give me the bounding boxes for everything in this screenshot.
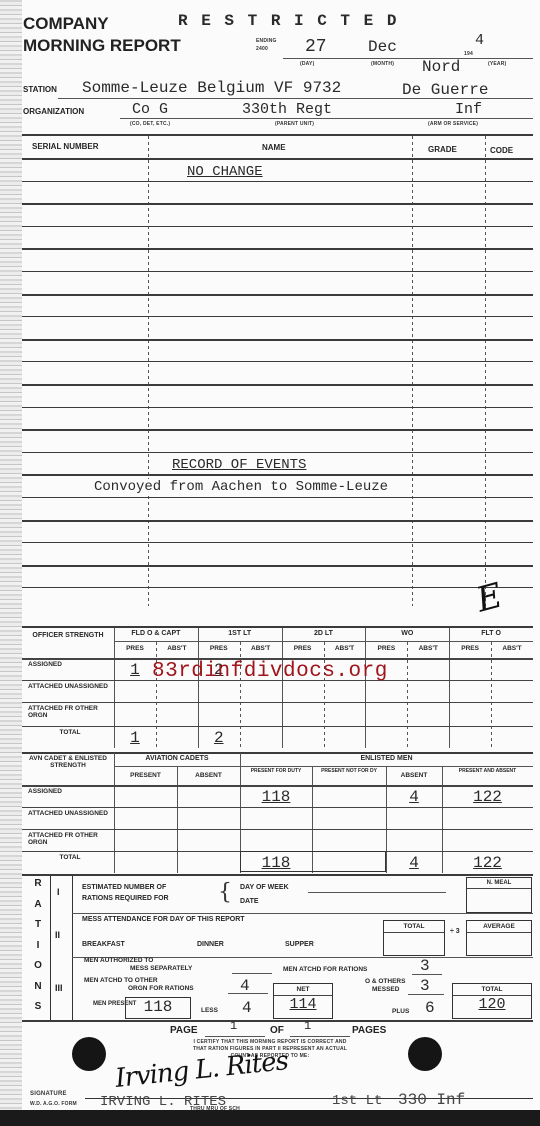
roster-divider-code: [485, 136, 486, 606]
roster-row-line: [22, 158, 533, 160]
form-label: W.D. A.G.O. FORM: [30, 1101, 77, 1107]
divide-by-three: ÷ 3: [450, 928, 460, 935]
roster-row-line: [22, 203, 533, 205]
nord-text: Nord: [422, 58, 460, 76]
officer-group-header: FLT O: [449, 630, 533, 637]
enlisted-row-label: TOTAL: [28, 854, 112, 861]
date-label: DATE: [240, 898, 259, 905]
roster-row-line: [22, 474, 533, 476]
report-month: Dec: [368, 38, 397, 56]
enlisted-strength-table: AVN CADET & ENLISTED STRENGTHAVIATION CA…: [22, 753, 533, 873]
officer-unit: 330 Inf: [398, 1091, 465, 1109]
station-value: Somme-Leuze Belgium VF 9732: [82, 79, 341, 97]
roster-row-line: [22, 565, 533, 567]
enlisted-subcol-header: PRESENT NOT FOR DY: [312, 768, 386, 774]
officer-row-rule: [22, 702, 533, 703]
officer-subcol-header: PRES: [282, 645, 324, 652]
ending-time-label: 2400: [256, 46, 268, 52]
officer-rank: 1st Lt: [332, 1093, 382, 1109]
brace: {: [218, 880, 232, 905]
org-arm: Inf: [455, 101, 482, 118]
roster-row-line: [22, 226, 533, 227]
roster-row-line: [22, 497, 533, 498]
officer-subcol-header: ABS'T: [156, 645, 198, 652]
dinner-label: DINNER: [197, 941, 224, 948]
officer-row-label: ATTACHED UNASSIGNED: [28, 683, 112, 690]
section-iii-numeral: III: [55, 983, 63, 993]
org-unit: Co G: [132, 101, 168, 118]
record-of-events-text: Convoyed from Aachen to Somme-Leuze: [92, 479, 390, 495]
roster-row-line: [22, 316, 533, 317]
rations-side-letter: A: [30, 899, 46, 920]
page-num-field: [205, 1036, 265, 1037]
atchd-rations-value: 3: [420, 957, 430, 975]
ending-label: ENDING: [256, 38, 277, 44]
net-value: 114: [274, 996, 332, 1013]
enlisted-subcol-header: PRESENT AND ABSENT: [442, 768, 533, 774]
enlisted-cell-value: 122: [442, 788, 533, 806]
day-caption: (DAY): [300, 61, 314, 67]
day-of-week-field[interactable]: [308, 892, 446, 893]
men-present-box: 118: [125, 997, 191, 1019]
o-others-label-2: MESSED: [372, 986, 399, 993]
roster-row-line: [22, 452, 533, 453]
rations-total-value: 120: [453, 996, 531, 1013]
officer-group-header: FLD O & CAPT: [114, 630, 198, 637]
station-suffix: De Guerre: [402, 81, 488, 99]
organization-label: ORGANIZATION: [23, 107, 84, 116]
officer-cell-value: 1: [114, 729, 156, 747]
signature-label: SIGNATURE: [30, 1091, 67, 1097]
month-caption: (MONTH): [371, 61, 394, 67]
section-i-text2: RATIONS REQUIRED FOR: [82, 895, 169, 902]
punch-hole-right: [408, 1037, 442, 1071]
report-year: 4: [475, 32, 484, 49]
page-label: PAGE: [170, 1025, 198, 1036]
average-box: AVERAGE: [466, 920, 532, 956]
auth-field: [232, 973, 272, 974]
officer-subcol-header: PRES: [198, 645, 240, 652]
roster-divider-grade: [412, 136, 413, 606]
rations-side-divider: [50, 876, 51, 1020]
enlisted-cell-value: 4: [386, 854, 442, 872]
officer-row-rule: [22, 726, 533, 727]
enlisted-row-rule: [22, 829, 533, 830]
year-prefix: 194: [464, 51, 473, 57]
rations-side-letter: S: [30, 1001, 46, 1022]
officer-subcol-header: PRES: [114, 645, 156, 652]
scan-bottom-edge: [0, 1110, 540, 1126]
meal-box: N. MEAL: [466, 877, 532, 913]
rations-bottom-rule: [22, 1020, 533, 1022]
rations-side-letter: N: [30, 981, 46, 1002]
less-value: 4: [242, 999, 252, 1017]
officer-group-header: 1ST LT: [198, 630, 282, 637]
roster-divider-serial: [148, 136, 149, 606]
roster-row-line: [22, 407, 533, 408]
section-i-numeral: I: [57, 887, 60, 897]
year-caption: (YEAR): [488, 61, 506, 67]
mess-total-label: TOTAL: [384, 921, 444, 933]
enlisted-cell-value: 122: [442, 854, 533, 872]
enlisted-row-label: ATTACHED UNASSIGNED: [28, 810, 112, 817]
org-caption-parent: (PARENT UNIT): [275, 121, 314, 127]
officer-subcol-header: PRES: [449, 645, 491, 652]
roster-row-line: [22, 542, 533, 543]
rations-top-rule: [22, 874, 533, 876]
average-label: AVERAGE: [467, 921, 531, 933]
form-title-line1: COMPANY: [23, 14, 109, 34]
o-others-label-1: O & OTHERS: [365, 978, 405, 985]
page-num: 1: [230, 1019, 237, 1033]
officer-subcol-header: ABS'T: [407, 645, 449, 652]
roster-top-rule: [22, 134, 533, 136]
men-present-value: 118: [126, 998, 190, 1017]
page-total-field: [290, 1036, 350, 1037]
rations-side-label: RATIONS: [30, 878, 46, 1022]
roster-row-line: [22, 248, 533, 250]
atchd-rations-label: MEN ATCHD FOR RATIONS: [283, 966, 367, 973]
enlisted-subcol-header: ABSENT: [386, 772, 442, 779]
of-label: OF: [270, 1025, 284, 1036]
enlisted-col-divider: [114, 753, 115, 873]
section-i-text1: ESTIMATED NUMBER OF: [82, 884, 166, 891]
officer-subcol-header: ABS'T: [491, 645, 533, 652]
enlisted-subcol-header: ABSENT: [177, 772, 240, 779]
organization-underline: [120, 118, 533, 119]
other-orgn-value: 4: [240, 977, 250, 995]
report-day: 27: [305, 37, 327, 57]
enlisted-total-highlight: [240, 851, 386, 872]
officer-row-label: ATTACHED FR OTHER ORGN: [28, 705, 112, 719]
officer-subcol-header: ABS'T: [324, 645, 366, 652]
officer-group-header: 2D LT: [282, 630, 366, 637]
date-underline: [283, 58, 533, 59]
enlisted-col-divider: [177, 767, 178, 873]
enlisted-cell-value: 118: [240, 788, 312, 806]
enlisted-row-rule: [22, 785, 533, 787]
enlisted-row-label: ATTACHED FR OTHER ORGN: [28, 832, 112, 846]
breakfast-label: BREAKFAST: [82, 941, 125, 948]
enlisted-subcol-header: PRESENT FOR DUTY: [240, 768, 312, 774]
officer-cell-value: 2: [198, 729, 240, 747]
enlisted-row-rule: [22, 807, 533, 808]
pages-label: PAGES: [352, 1025, 386, 1036]
enlisted-men-header: ENLISTED MEN: [240, 755, 533, 762]
org-caption-unit: (CO, DET, ETC.): [130, 121, 170, 127]
roster-row-line: [22, 587, 533, 588]
o-others-value: 3: [420, 977, 430, 995]
rations-total-label: TOTAL: [453, 984, 531, 996]
mess-attendance-heading: MESS ATTENDANCE FOR DAY OF THIS REPORT: [82, 916, 245, 923]
enlisted-row-label: ASSIGNED: [28, 788, 112, 795]
restricted-stamp: R E S T R I C T E D: [178, 12, 398, 30]
roster-no-change: NO CHANGE: [187, 164, 263, 180]
rations-numeral-divider: [72, 876, 73, 1020]
rations-total-box: TOTAL 120: [452, 983, 532, 1019]
net-label: NET: [274, 984, 332, 996]
other-orgn-label-2: ORGN FOR RATIONS: [128, 985, 194, 992]
auth-label-1: MEN AUTHORIZED TO: [84, 957, 153, 964]
plus-value: 6: [425, 999, 435, 1017]
roster-row-line: [22, 384, 533, 386]
col-grade: GRADE: [428, 145, 457, 154]
officer-strength-label: OFFICER STRENGTH: [26, 632, 110, 639]
roster-row-line: [22, 520, 533, 522]
scan-edge: [0, 0, 22, 1126]
other-orgn-label-1: MEN ATCHD TO OTHER: [84, 977, 158, 984]
roster-row-line: [22, 271, 533, 272]
rations-side-letter: R: [30, 878, 46, 899]
section-i-bottom: [72, 913, 533, 914]
station-label: STATION: [23, 85, 57, 94]
officer-cell-value: 1: [114, 661, 156, 679]
col-name: NAME: [262, 143, 286, 152]
rations-side-letter: O: [30, 960, 46, 981]
org-parent: 330th Regt: [242, 101, 332, 118]
roster-row-line: [22, 294, 533, 296]
less-label: LESS: [201, 1007, 218, 1014]
certify-line-1: I CERTIFY THAT THIS MORNING REPORT IS CO…: [140, 1039, 400, 1045]
enlisted-subcol-header: PRESENT: [114, 772, 177, 779]
day-of-week-label: DAY OF WEEK: [240, 884, 289, 891]
officer-row-label: ASSIGNED: [28, 661, 112, 668]
rations-side-letter: T: [30, 919, 46, 940]
site-watermark: 83rdinfdivdocs.org: [152, 660, 388, 683]
col-code: CODE: [490, 146, 513, 155]
form-title-line2: MORNING REPORT: [23, 36, 181, 56]
org-caption-arm: (ARM OR SERVICE): [428, 121, 478, 127]
rations-side-letter: I: [30, 940, 46, 961]
morning-report-page: COMPANY MORNING REPORT R E S T R I C T E…: [0, 0, 540, 1126]
initials-mark: E: [472, 575, 506, 620]
section-ii-numeral: II: [55, 930, 60, 940]
record-of-events-heading: RECORD OF EVENTS: [168, 457, 310, 473]
enlisted-cell-value: 4: [386, 788, 442, 806]
officer-header-rule: [114, 641, 533, 642]
meal-box-label: N. MEAL: [467, 878, 531, 889]
officer-row-label: TOTAL: [28, 729, 112, 736]
net-box: NET 114: [273, 983, 333, 1019]
roster-row-line: [22, 361, 533, 362]
aviation-cadets-header: AVIATION CADETS: [114, 755, 240, 762]
enlisted-strength-label: AVN CADET & ENLISTED STRENGTH: [26, 755, 110, 769]
punch-hole-left: [72, 1037, 106, 1071]
supper-label: SUPPER: [285, 941, 314, 948]
officer-subcol-header: ABS'T: [240, 645, 282, 652]
mess-total-box: TOTAL: [383, 920, 445, 956]
auth-label-2: MESS SEPARATELY: [130, 965, 192, 972]
roster-row-line: [22, 339, 533, 341]
officer-group-header: WO: [365, 630, 449, 637]
roster-row-line: [22, 181, 533, 182]
page-total: 1: [304, 1019, 311, 1033]
col-serial-number: SERIAL NUMBER: [32, 142, 99, 151]
officer-subcol-header: PRES: [365, 645, 407, 652]
officer-strength-table: OFFICER STRENGTHFLD O & CAPTPRESABS'T1ST…: [22, 628, 533, 750]
plus-label: PLUS: [392, 1008, 409, 1015]
roster-row-line: [22, 429, 533, 431]
